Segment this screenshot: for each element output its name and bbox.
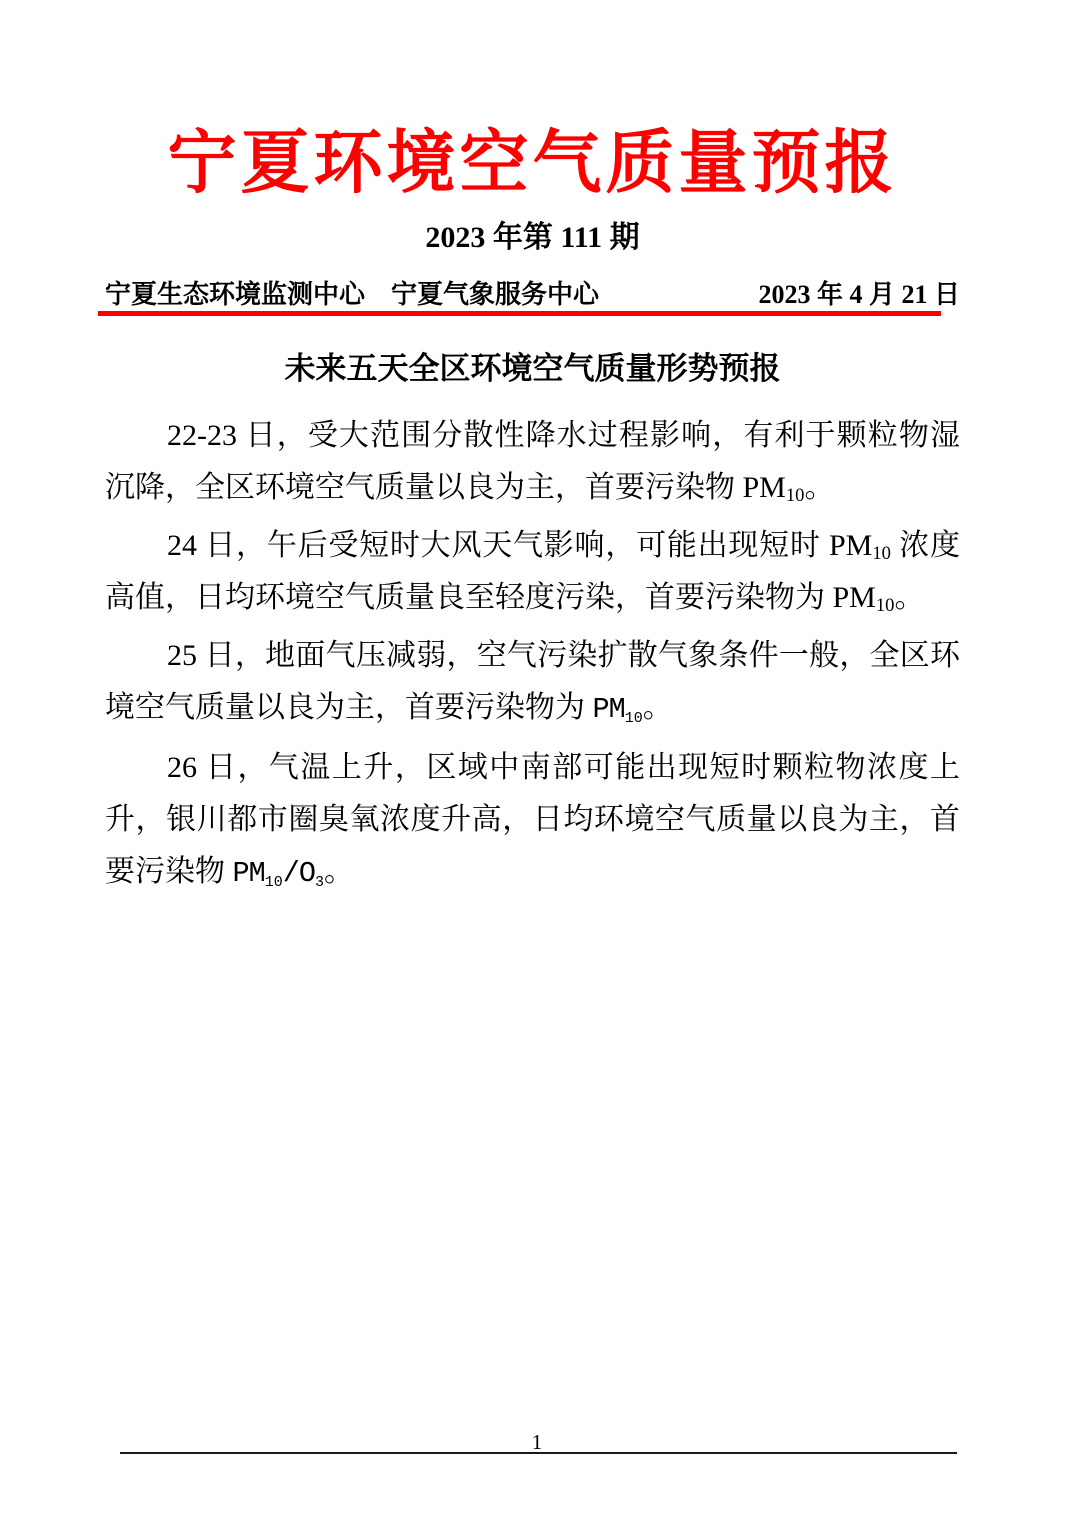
subscript-text: 10 <box>872 543 891 564</box>
text-segment: PM <box>233 857 265 890</box>
subscript-text: 10 <box>625 710 643 727</box>
text-segment: 24 日，午后受短时大风天气影响，可能出现短时 PM <box>167 529 872 562</box>
subscript-text: 10 <box>876 595 895 616</box>
issue-number: 2023 年第 111 期 <box>105 220 960 256</box>
issuing-agencies: 宁夏生态环境监测中心 宁夏气象服务中心 <box>105 280 599 309</box>
text-segment: PM <box>593 693 625 726</box>
red-divider-rule <box>98 311 941 316</box>
forecast-paragraph: 26 日，气温上升，区域中南部可能出现短时颗粒物浓度上升，银川都市圈臭氧浓度升高… <box>105 742 960 900</box>
masthead-row: 宁夏生态环境监测中心 宁夏气象服务中心 2023 年 4 月 21 日 <box>105 280 960 309</box>
text-segment: 。 <box>894 581 924 614</box>
subscript-text: 10 <box>265 874 283 891</box>
subscript-text: 3 <box>315 874 324 891</box>
forecast-paragraph: 24 日，午后受短时大风天气影响，可能出现短时 PM10 浓度高值，日均环境空气… <box>105 520 960 624</box>
forecast-paragraph: 22-23 日，受大范围分散性降水过程影响，有利于颗粒物湿沉降，全区环境空气质量… <box>105 410 960 514</box>
document-content: 宁夏环境空气质量预报 2023 年第 111 期 宁夏生态环境监测中心 宁夏气象… <box>0 124 1074 900</box>
section-title: 未来五天全区环境空气质量形势预报 <box>105 350 960 388</box>
page-number: 1 <box>0 1430 1074 1454</box>
text-segment: /O <box>283 857 315 890</box>
subscript-text: 10 <box>786 485 805 506</box>
footer-divider-rule <box>120 1452 957 1454</box>
text-segment: 25 日，地面气压减弱，空气污染扩散气象条件一般，全区环境空气质量以良为主，首要… <box>105 639 960 724</box>
text-segment: 。 <box>804 471 834 504</box>
issue-date: 2023 年 4 月 21 日 <box>758 280 960 309</box>
document-title: 宁夏环境空气质量预报 <box>105 124 960 202</box>
forecast-paragraphs: 22-23 日，受大范围分散性降水过程影响，有利于颗粒物湿沉降，全区环境空气质量… <box>105 410 960 900</box>
forecast-paragraph: 25 日，地面气压减弱，空气污染扩散气象条件一般，全区环境空气质量以良为主，首要… <box>105 630 960 736</box>
document-page: 宁夏环境空气质量预报 2023 年第 111 期 宁夏生态环境监测中心 宁夏气象… <box>0 0 1074 1520</box>
text-segment: 。 <box>643 691 673 724</box>
text-segment: 。 <box>324 855 354 888</box>
